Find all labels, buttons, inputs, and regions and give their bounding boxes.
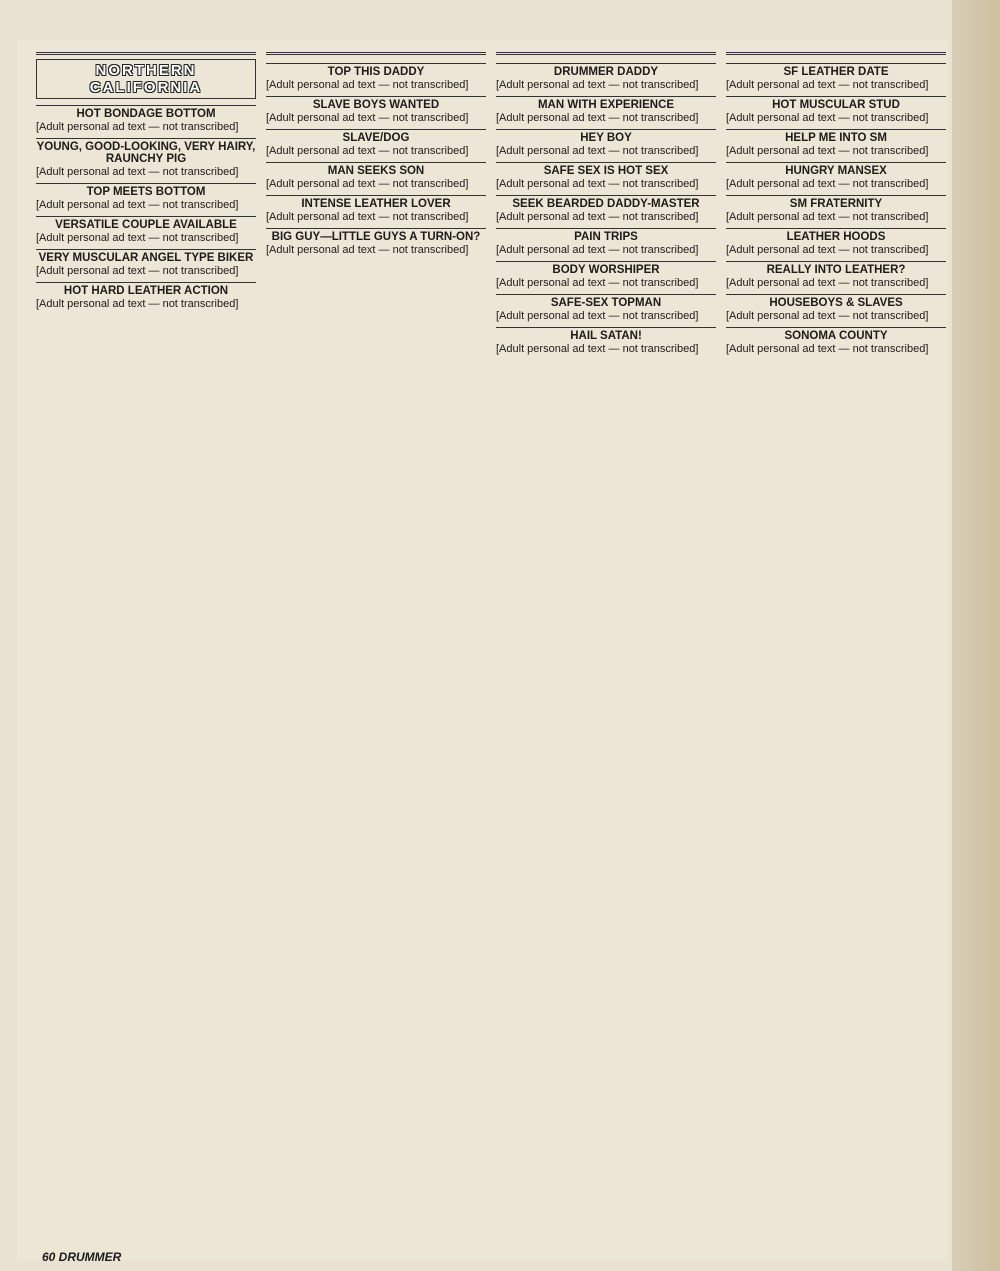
ad-heading: SEEK BEARDED DADDY-MASTER — [496, 195, 716, 210]
ad-heading: SAFE SEX IS HOT SEX — [496, 162, 716, 177]
ad-body: [Adult personal ad text — not transcribe… — [726, 244, 946, 257]
ad-heading: SF LEATHER DATE — [726, 63, 946, 78]
classifieds-columns: NORTHERN CALIFORNIA HOT BONDAGE BOTTOM[A… — [36, 52, 946, 1217]
ad-heading: INTENSE LEATHER LOVER — [266, 195, 486, 210]
classified-ad: BODY WORSHIPER[Adult personal ad text — … — [496, 261, 716, 290]
ad-body: [Adult personal ad text — not transcribe… — [36, 199, 256, 212]
classified-ad: HUNGRY MANSEX[Adult personal ad text — n… — [726, 162, 946, 191]
ad-heading: PAIN TRIPS — [496, 228, 716, 243]
ad-body: [Adult personal ad text — not transcribe… — [266, 178, 486, 191]
ad-body: [Adult personal ad text — not transcribe… — [266, 112, 486, 125]
column-1: NORTHERN CALIFORNIA HOT BONDAGE BOTTOM[A… — [36, 52, 256, 1217]
classified-ad: HAIL SATAN![Adult personal ad text — not… — [496, 327, 716, 356]
ad-body: [Adult personal ad text — not transcribe… — [36, 265, 256, 278]
ad-heading: HOT BONDAGE BOTTOM — [36, 105, 256, 120]
classified-ad: TOP THIS DADDY[Adult personal ad text — … — [266, 63, 486, 92]
ad-body: [Adult personal ad text — not transcribe… — [496, 343, 716, 356]
classified-ad: HEY BOY[Adult personal ad text — not tra… — [496, 129, 716, 158]
column-4: SF LEATHER DATE[Adult personal ad text —… — [726, 52, 946, 1217]
ad-body: [Adult personal ad text — not transcribe… — [496, 244, 716, 257]
ad-body: [Adult personal ad text — not transcribe… — [726, 79, 946, 92]
ad-heading: BODY WORSHIPER — [496, 261, 716, 276]
classified-ad: LEATHER HOODS[Adult personal ad text — n… — [726, 228, 946, 257]
ad-body: [Adult personal ad text — not transcribe… — [496, 211, 716, 224]
page-footer: 60 DRUMMER — [42, 1250, 121, 1264]
ad-body: [Adult personal ad text — not transcribe… — [496, 112, 716, 125]
ad-body: [Adult personal ad text — not transcribe… — [496, 145, 716, 158]
ad-body: [Adult personal ad text — not transcribe… — [266, 211, 486, 224]
ad-body: [Adult personal ad text — not transcribe… — [36, 298, 256, 311]
ad-body: [Adult personal ad text — not transcribe… — [496, 178, 716, 191]
region-label: NORTHERN CALIFORNIA — [36, 59, 256, 99]
ad-body: [Adult personal ad text — not transcribe… — [496, 277, 716, 290]
ad-heading: SAFE-SEX TOPMAN — [496, 294, 716, 309]
classified-ad: VERY MUSCULAR ANGEL TYPE BIKER[Adult per… — [36, 249, 256, 278]
classified-ad: DRUMMER DADDY[Adult personal ad text — n… — [496, 63, 716, 92]
classified-ad: HELP ME INTO SM[Adult personal ad text —… — [726, 129, 946, 158]
column-2: TOP THIS DADDY[Adult personal ad text — … — [266, 52, 486, 1217]
classified-ad: SAFE SEX IS HOT SEX[Adult personal ad te… — [496, 162, 716, 191]
ad-heading: REALLY INTO LEATHER? — [726, 261, 946, 276]
ad-body: [Adult personal ad text — not transcribe… — [726, 145, 946, 158]
ad-heading: HOUSEBOYS & SLAVES — [726, 294, 946, 309]
ad-heading: LEATHER HOODS — [726, 228, 946, 243]
ad-heading: SLAVE BOYS WANTED — [266, 96, 486, 111]
classified-ad: SLAVE/DOG[Adult personal ad text — not t… — [266, 129, 486, 158]
classified-ad: TOP MEETS BOTTOM[Adult personal ad text … — [36, 183, 256, 212]
classified-ad: SONOMA COUNTY[Adult personal ad text — n… — [726, 327, 946, 356]
ad-heading: BIG GUY—LITTLE GUYS A TURN-ON? — [266, 228, 486, 243]
ad-body: [Adult personal ad text — not transcribe… — [726, 277, 946, 290]
ad-heading: SLAVE/DOG — [266, 129, 486, 144]
ad-body: [Adult personal ad text — not transcribe… — [266, 145, 486, 158]
ad-body: [Adult personal ad text — not transcribe… — [266, 244, 486, 257]
ad-body: [Adult personal ad text — not transcribe… — [726, 211, 946, 224]
ad-body: [Adult personal ad text — not transcribe… — [726, 178, 946, 191]
ad-heading: HAIL SATAN! — [496, 327, 716, 342]
ad-body: [Adult personal ad text — not transcribe… — [726, 112, 946, 125]
ad-body: [Adult personal ad text — not transcribe… — [36, 166, 256, 179]
ad-body: [Adult personal ad text — not transcribe… — [726, 310, 946, 323]
ad-heading: HOT HARD LEATHER ACTION — [36, 282, 256, 297]
classified-ad: HOT BONDAGE BOTTOM[Adult personal ad tex… — [36, 105, 256, 134]
classified-ad: INTENSE LEATHER LOVER[Adult personal ad … — [266, 195, 486, 224]
classified-ad: HOUSEBOYS & SLAVES[Adult personal ad tex… — [726, 294, 946, 323]
classified-ad: REALLY INTO LEATHER?[Adult personal ad t… — [726, 261, 946, 290]
ad-heading: HOT MUSCULAR STUD — [726, 96, 946, 111]
ad-heading: DRUMMER DADDY — [496, 63, 716, 78]
ad-body: [Adult personal ad text — not transcribe… — [726, 343, 946, 356]
classified-ad: YOUNG, GOOD-LOOKING, VERY HAIRY, RAUNCHY… — [36, 138, 256, 179]
column-3: DRUMMER DADDY[Adult personal ad text — n… — [496, 52, 716, 1217]
classified-ad: HOT MUSCULAR STUD[Adult personal ad text… — [726, 96, 946, 125]
classified-ad: SEEK BEARDED DADDY-MASTER[Adult personal… — [496, 195, 716, 224]
ad-heading: HUNGRY MANSEX — [726, 162, 946, 177]
ad-heading: MAN SEEKS SON — [266, 162, 486, 177]
ad-heading: VERSATILE COUPLE AVAILABLE — [36, 216, 256, 231]
ad-heading: HELP ME INTO SM — [726, 129, 946, 144]
ad-heading: VERY MUSCULAR ANGEL TYPE BIKER — [36, 249, 256, 264]
classified-ad: BIG GUY—LITTLE GUYS A TURN-ON?[Adult per… — [266, 228, 486, 257]
classified-ad: PAIN TRIPS[Adult personal ad text — not … — [496, 228, 716, 257]
classified-ad: VERSATILE COUPLE AVAILABLE[Adult persona… — [36, 216, 256, 245]
ad-body: [Adult personal ad text — not transcribe… — [496, 79, 716, 92]
ad-body: [Adult personal ad text — not transcribe… — [36, 232, 256, 245]
ad-body: [Adult personal ad text — not transcribe… — [266, 79, 486, 92]
ad-heading: HEY BOY — [496, 129, 716, 144]
ad-body: [Adult personal ad text — not transcribe… — [36, 121, 256, 134]
adjacent-page-edge — [952, 0, 1000, 1271]
classified-ad: HOT HARD LEATHER ACTION[Adult personal a… — [36, 282, 256, 311]
classified-ad: SF LEATHER DATE[Adult personal ad text —… — [726, 63, 946, 92]
ad-body: [Adult personal ad text — not transcribe… — [496, 310, 716, 323]
classified-ad: MAN WITH EXPERIENCE[Adult personal ad te… — [496, 96, 716, 125]
ad-heading: YOUNG, GOOD-LOOKING, VERY HAIRY, RAUNCHY… — [36, 138, 256, 165]
ad-heading: TOP MEETS BOTTOM — [36, 183, 256, 198]
classified-ad: SM FRATERNITY[Adult personal ad text — n… — [726, 195, 946, 224]
classified-ad: SLAVE BOYS WANTED[Adult personal ad text… — [266, 96, 486, 125]
ad-heading: TOP THIS DADDY — [266, 63, 486, 78]
classified-ad: SAFE-SEX TOPMAN[Adult personal ad text —… — [496, 294, 716, 323]
ad-heading: MAN WITH EXPERIENCE — [496, 96, 716, 111]
ad-heading: SM FRATERNITY — [726, 195, 946, 210]
ad-heading: SONOMA COUNTY — [726, 327, 946, 342]
classified-ad: MAN SEEKS SON[Adult personal ad text — n… — [266, 162, 486, 191]
